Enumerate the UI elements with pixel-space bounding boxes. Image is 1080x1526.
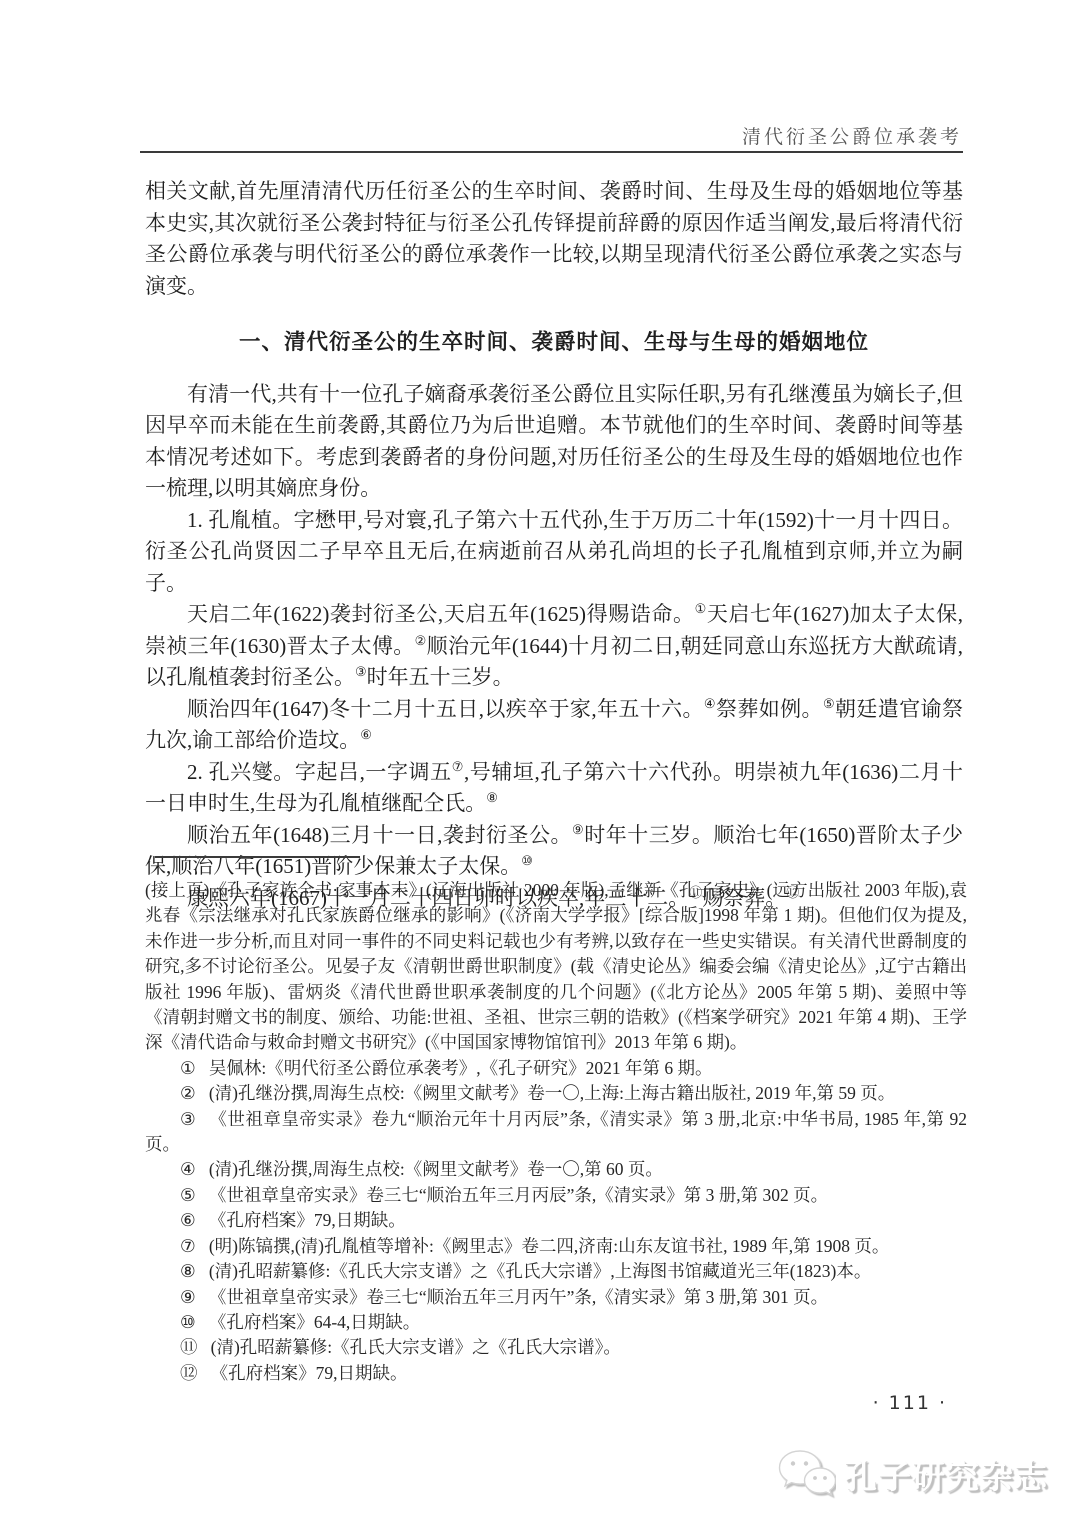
footnote-ref: ② — [415, 633, 427, 648]
footnote-number: ⑧ — [180, 1261, 196, 1281]
footnote-section: (接上页)《孔子家族全书·家事本末》(辽海出版社 2000 年版),孟继新《孔子… — [145, 856, 967, 1386]
body-paragraph: 顺治四年(1647)冬十二月十五日,以疾卒于家,年五十六。④祭葬如例。⑤朝廷遣官… — [145, 694, 963, 757]
wechat-icon — [778, 1448, 836, 1500]
footnote-ref: ④ — [704, 696, 716, 711]
footnote-item: ⑧(清)孔昭薪纂修:《孔氏大宗支谱》之《孔氏大宗谱》,上海图书馆藏道光三年(18… — [145, 1259, 967, 1284]
footnote-item: ③《世祖章皇帝实录》卷九“顺治元年十月丙辰”条,《清实录》第 3 册,北京:中华… — [145, 1107, 967, 1158]
footnote-number: ⑨ — [180, 1287, 196, 1307]
footnote-item: ⑥《孔府档案》79,日期缺。 — [145, 1208, 967, 1233]
header-rule — [140, 151, 963, 153]
journal-page: 清代衍圣公爵位承袭考 相关文献,首先厘清清代历任衍圣公的生卒时间、袭爵时间、生母… — [0, 0, 1080, 1526]
footnote-item: ⑩《孔府档案》64-4,日期缺。 — [145, 1310, 967, 1335]
footnote-item: ⑫《孔府档案》79,日期缺。 — [145, 1361, 967, 1386]
footnote-item: ⑤《世祖章皇帝实录》卷三七“顺治五年三月丙辰”条,《清实录》第 3 册,第 30… — [145, 1183, 967, 1208]
footnote-item: ②(清)孔继汾撰,周海生点校:《阙里文献考》卷一〇,上海:上海古籍出版社, 20… — [145, 1081, 967, 1106]
footnote-item: ⑪(清)孔昭薪纂修:《孔氏大宗支谱》之《孔氏大宗谱》。 — [145, 1335, 967, 1360]
footnote-rule — [155, 856, 360, 858]
footnote-ref: ⑧ — [486, 790, 498, 805]
footnotes-list: (接上页)《孔子家族全书·家事本末》(辽海出版社 2000 年版),孟继新《孔子… — [145, 878, 967, 1386]
footnote-number: ⑤ — [180, 1185, 196, 1205]
footnote-item: ⑨《世祖章皇帝实录》卷三七“顺治五年三月丙午”条,《清实录》第 3 册,第 30… — [145, 1285, 967, 1310]
footnote-number: ⑩ — [180, 1312, 196, 1332]
page-number: · 111 · — [873, 1392, 947, 1414]
footnote-number: ② — [180, 1083, 196, 1103]
body-paragraph: 有清一代,共有十一位孔子嫡裔承袭衍圣公爵位且实际任职,另有孔继濩虽为嫡长子,但因… — [145, 379, 963, 505]
footnote-item: ①吴佩林:《明代衍圣公爵位承袭考》,《孔子研究》2021 年第 6 期。 — [145, 1056, 967, 1081]
footnote-number: ① — [180, 1058, 196, 1078]
body-paragraph: 2. 孔兴燮。字起吕,一字调五⑦,号辅垣,孔子第六十六代孙。明崇祯九年(1636… — [145, 757, 963, 820]
footnote-item: ⑦(明)陈镐撰,(清)孔胤植等增补:《阙里志》卷二四,济南:山东友谊书社, 19… — [145, 1234, 967, 1259]
footnote-number: ③ — [180, 1109, 196, 1129]
body-paragraph: 1. 孔胤植。字懋甲,号对寰,孔子第六十五代孙,生于万历二十年(1592)十一月… — [145, 505, 963, 600]
watermark-label: 孔子研究杂志 — [844, 1451, 1048, 1498]
footnote-continuation: (接上页)《孔子家族全书·家事本末》(辽海出版社 2000 年版),孟继新《孔子… — [145, 878, 967, 1056]
footnote-ref: ① — [695, 601, 707, 616]
footnote-ref: ⑦ — [452, 759, 464, 774]
body-text: 相关文献,首先厘清清代历任衍圣公的生卒时间、袭爵时间、生母及生母的婚姻地位等基本… — [145, 176, 963, 914]
footnote-ref: ⑤ — [823, 696, 835, 711]
footnote-number: ⑦ — [180, 1236, 196, 1256]
watermark: 孔子研究杂志 — [778, 1448, 1048, 1500]
footnote-number: ⑫ — [180, 1363, 198, 1383]
body-paragraph: 相关文献,首先厘清清代历任衍圣公的生卒时间、袭爵时间、生母及生母的婚姻地位等基本… — [145, 176, 963, 302]
footnote-item: ④(清)孔继汾撰,周海生点校:《阙里文献考》卷一〇,第 60 页。 — [145, 1157, 967, 1182]
footnote-number: ④ — [180, 1159, 196, 1179]
footnote-number: ⑥ — [180, 1210, 196, 1230]
running-title: 清代衍圣公爵位承袭考 — [742, 122, 962, 149]
footnote-ref: ③ — [355, 664, 367, 679]
footnote-ref: ⑥ — [360, 727, 372, 742]
footnote-number: ⑪ — [180, 1337, 198, 1357]
body-paragraph: 天启二年(1622)袭封衍圣公,天启五年(1625)得赐诰命。①天启七年(162… — [145, 599, 963, 694]
section-heading: 一、清代衍圣公的生卒时间、袭爵时间、生母与生母的婚姻地位 — [145, 327, 963, 359]
footnote-ref: ⑨ — [572, 822, 584, 837]
